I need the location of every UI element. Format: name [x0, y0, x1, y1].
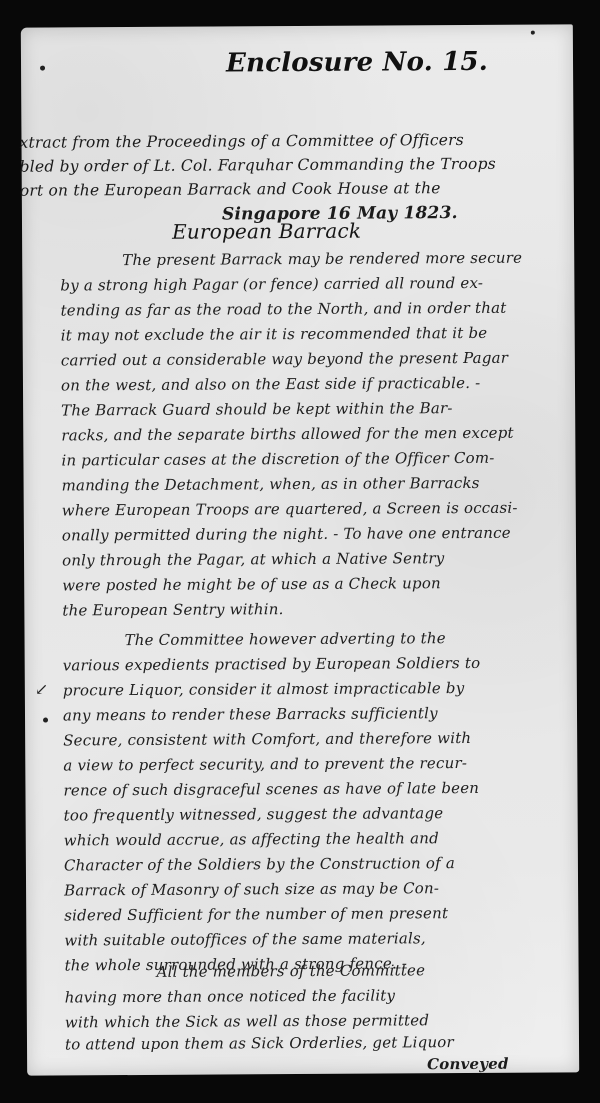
heading-line: bled by order of Lt. Col. Farquhar Comma… [20, 155, 496, 176]
margin-dot-mark [43, 718, 48, 723]
text-line: procure Liquor, consider it almost impra… [63, 679, 465, 699]
text-line: any means to render these Barracks suffi… [63, 704, 438, 724]
text-line: The present Barrack may be rendered more… [122, 249, 522, 269]
text-line: to attend upon them as Sick Orderlies, g… [65, 1033, 454, 1053]
text-line: rence of such disgraceful scenes as have… [63, 779, 479, 800]
text-line: carried out a considerable way beyond th… [61, 349, 508, 370]
text-line: by a strong high Pagar (or fence) carrie… [60, 274, 483, 295]
text-line: having more than once noticed the facili… [65, 986, 396, 1006]
margin-arrow-mark: ↙ [35, 680, 49, 699]
manuscript-page: Enclosure No. 15. xtract from the Procee… [21, 24, 579, 1075]
text-line: Barrack of Masonry of such size as may b… [64, 879, 439, 899]
text-line: The Barrack Guard should be kept within … [61, 399, 453, 419]
text-line: various expedients practised by European… [63, 654, 481, 675]
text-line: too frequently witnessed, suggest the ad… [64, 804, 444, 824]
text-line: which would accrue, as affecting the hea… [64, 829, 439, 849]
text-line: the European Sentry within. [62, 600, 283, 619]
text-line: on the west, and also on the East side i… [61, 374, 480, 395]
text-line: it may not exclude the air it is recomme… [61, 324, 488, 345]
heading-line: ort on the European Barrack and Cook Hou… [20, 179, 441, 200]
text-line: with which the Sick as well as those per… [65, 1011, 429, 1031]
ink-blot [40, 66, 45, 71]
heading-line: xtract from the Proceedings of a Committ… [19, 131, 463, 152]
text-line: onally permitted during the night. - To … [62, 524, 511, 545]
text-line: Secure, consistent with Comfort, and the… [63, 729, 471, 749]
text-line: All the members of the Committee [157, 961, 426, 981]
enclosure-label: Enclosure No. 15. [226, 47, 488, 79]
text-line: only through the Pagar, at which a Nativ… [62, 549, 444, 569]
section-title: European Barrack [172, 219, 361, 244]
text-line: racks, and the separate births allowed f… [61, 424, 514, 445]
text-line: The Committee however adverting to the [124, 629, 445, 649]
text-line: manding the Detachment, when, as in othe… [62, 474, 480, 495]
catchword: Conveyed [427, 1055, 509, 1073]
text-line: sidered Sufficient for the number of men… [64, 904, 448, 924]
text-line: where European Troops are quartered, a S… [62, 499, 518, 520]
text-line: tending as far as the road to the North,… [60, 299, 506, 320]
text-line: with suitable outoffices of the same mat… [64, 929, 426, 949]
ink-blot [531, 31, 535, 35]
text-line: were posted he might be of use as a Chec… [62, 574, 441, 594]
text-line: Character of the Soldiers by the Constru… [64, 854, 455, 874]
text-line: a view to perfect security, and to preve… [63, 754, 467, 774]
text-line: in particular cases at the discretion of… [61, 449, 494, 470]
